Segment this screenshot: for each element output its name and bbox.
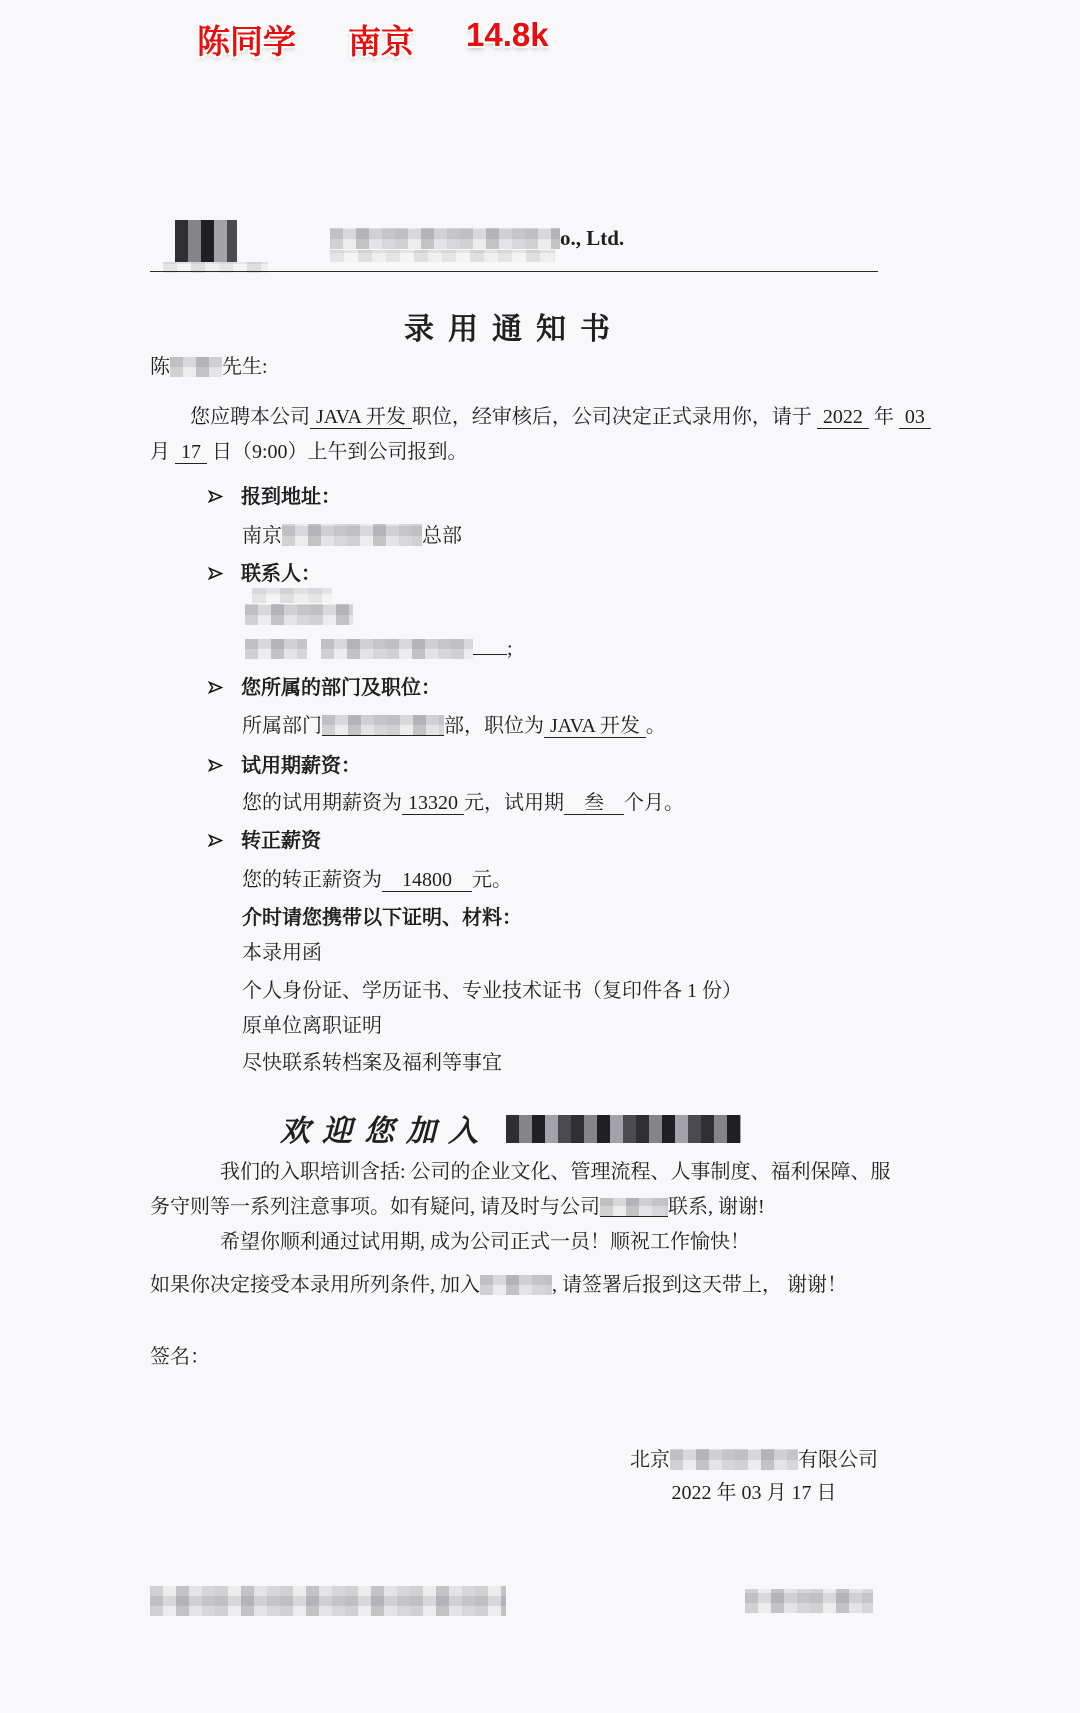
regular-end: 元。 bbox=[472, 869, 512, 891]
bullet-arrow-icon bbox=[208, 490, 223, 503]
bullet-arrow-icon bbox=[208, 759, 223, 772]
regular-content: 您的转正薪资为14800元。 bbox=[242, 868, 512, 893]
signoff-company-suffix: 有限公司 bbox=[798, 1449, 878, 1471]
greeting-name-redacted bbox=[170, 357, 222, 377]
company-address-redacted bbox=[330, 250, 555, 262]
greeting-surname: 陈 bbox=[150, 356, 170, 378]
intro-text: 月 bbox=[150, 441, 170, 463]
regular-pre: 您的转正薪资为 bbox=[242, 869, 382, 891]
welcome-company-redacted bbox=[506, 1115, 741, 1143]
greeting-line: 陈先生: bbox=[150, 355, 268, 380]
welcome-line: 欢迎您加入 bbox=[280, 1106, 741, 1150]
candidate-name: 陈同学 bbox=[197, 16, 296, 63]
closing-text: 务守则等一系列注意事项。如有疑问, 请及时与公司 bbox=[150, 1196, 600, 1218]
probation-heading: 试用期薪资： bbox=[241, 755, 361, 777]
contact-company-redacted bbox=[600, 1198, 668, 1217]
year-value: 2022 bbox=[817, 406, 869, 429]
candidate-salary: 14.8k bbox=[466, 16, 549, 63]
department-end: 。 bbox=[646, 715, 666, 737]
regular-salary-value: 14800 bbox=[382, 869, 472, 892]
footer-right-redacted bbox=[745, 1589, 873, 1613]
contact-redacted bbox=[245, 639, 307, 659]
probation-content: 您的试用期薪资为13320元，试用期叁个月。 bbox=[242, 791, 684, 816]
signoff-company-prefix: 北京 bbox=[630, 1449, 670, 1471]
bullet-arrow-icon bbox=[208, 681, 223, 694]
day-value: 17 bbox=[175, 441, 207, 464]
probation-mid: 元，试用期 bbox=[464, 792, 564, 814]
intro-text: 年 bbox=[874, 406, 894, 428]
letterhead-company-line: o., Ltd. bbox=[330, 225, 624, 251]
welcome-text: 欢迎您加入 bbox=[280, 1115, 490, 1148]
address-redacted bbox=[282, 524, 422, 546]
blank-underline bbox=[473, 636, 507, 655]
section-report-address: 报到地址： bbox=[208, 485, 341, 510]
closing-p1-line2: 务守则等一系列注意事项。如有疑问, 请及时与公司联系, 谢谢! bbox=[150, 1195, 765, 1220]
offer-letter-page: 陈同学 南京 14.8k o., Ltd. 录用通知书 陈先生: 您应聘本公司J… bbox=[0, 0, 1080, 1713]
contact-phone-redacted bbox=[245, 604, 353, 625]
materials-heading: 介时请您携带以下证明、材料： bbox=[242, 906, 522, 931]
address-city: 南京 bbox=[242, 525, 282, 547]
contact-email-redacted bbox=[321, 639, 473, 659]
regular-heading: 转正薪资 bbox=[241, 830, 321, 852]
greeting-honorific: 先生: bbox=[222, 356, 268, 378]
join-company-redacted bbox=[480, 1275, 552, 1295]
document-title: 录用通知书 bbox=[150, 304, 878, 348]
contact-name-redacted bbox=[252, 588, 332, 603]
closing-p2: 希望你顺利通过试用期, 成为公司正式一员！顺祝工作愉快！ bbox=[220, 1230, 750, 1255]
department-mid: 部，职位为 bbox=[444, 715, 544, 737]
closing-text: 联系, 谢谢! bbox=[668, 1196, 765, 1218]
contact-line-end: ; bbox=[507, 638, 513, 660]
month-value: 03 bbox=[899, 406, 931, 429]
department-content: 所属部门部，职位为JAVA 开发。 bbox=[242, 714, 666, 739]
red-annotation: 陈同学 南京 14.8k bbox=[197, 16, 549, 63]
letterhead-divider bbox=[150, 271, 878, 272]
report-address-heading: 报到地址： bbox=[241, 486, 341, 508]
section-department: 您所属的部门及职位： bbox=[208, 676, 441, 701]
materials-item: 原单位离职证明 bbox=[242, 1014, 382, 1039]
probation-pre: 您的试用期薪资为 bbox=[242, 792, 402, 814]
probation-months-value: 叁 bbox=[564, 792, 624, 815]
closing-p3: 如果你决定接受本录用所列条件, 加入, 请签署后报到这天带上， 谢谢！ bbox=[150, 1273, 847, 1298]
footer-left-redacted bbox=[150, 1586, 506, 1616]
signoff-company-redacted bbox=[670, 1449, 798, 1470]
company-name-redacted bbox=[330, 228, 560, 249]
candidate-city: 南京 bbox=[348, 16, 414, 63]
section-regular-salary: 转正薪资 bbox=[208, 829, 321, 854]
intro-text: 日（9:00）上午到公司报到。 bbox=[212, 441, 468, 463]
intro-line-1: 您应聘本公司JAVA 开发职位，经审核后，公司决定正式录用你，请于 2022 年… bbox=[190, 405, 931, 430]
signoff-date: 2022 年 03 月 17 日 bbox=[628, 1476, 880, 1505]
materials-item: 本录用函 bbox=[242, 941, 322, 966]
closing-text: , 请签署后报到这天带上， 谢谢！ bbox=[552, 1274, 847, 1296]
department-heading: 您所属的部门及职位： bbox=[241, 677, 441, 699]
bullet-arrow-icon bbox=[208, 834, 223, 847]
contact-email-line: ; bbox=[245, 636, 513, 662]
materials-item: 个人身份证、学历证书、专业技术证书（复印件各 1 份） bbox=[242, 979, 742, 1004]
section-contact: 联系人： bbox=[208, 562, 321, 587]
closing-p1-line1: 我们的入职培训含括: 公司的企业文化、管理流程、人事制度、福利保障、服 bbox=[220, 1160, 891, 1185]
address-suffix: 总部 bbox=[422, 525, 462, 547]
section-probation-salary: 试用期薪资： bbox=[208, 754, 361, 779]
contact-heading: 联系人： bbox=[241, 563, 321, 585]
materials-item: 尽快联系转档案及福利等事宜 bbox=[242, 1051, 502, 1076]
intro-text: 您应聘本公司 bbox=[190, 406, 310, 428]
position-value: JAVA 开发 bbox=[310, 406, 412, 429]
signoff-company-line: 北京有限公司 bbox=[628, 1443, 880, 1472]
probation-salary-value: 13320 bbox=[402, 792, 464, 815]
company-name-suffix: o., Ltd. bbox=[560, 226, 624, 250]
department-name-redacted bbox=[322, 715, 444, 736]
department-position-value: JAVA 开发 bbox=[544, 715, 646, 738]
signature-label: 签名： bbox=[150, 1345, 210, 1370]
department-pre: 所属部门 bbox=[242, 715, 322, 737]
intro-text: 职位，经审核后，公司决定正式录用你，请于 bbox=[412, 406, 812, 428]
report-address-content: 南京总部 bbox=[242, 524, 462, 549]
intro-line-2: 月 17 日（9:00）上午到公司报到。 bbox=[150, 440, 468, 465]
closing-text: 如果你决定接受本录用所列条件, 加入 bbox=[150, 1274, 480, 1296]
probation-end: 个月。 bbox=[624, 792, 684, 814]
bullet-arrow-icon bbox=[208, 567, 223, 580]
